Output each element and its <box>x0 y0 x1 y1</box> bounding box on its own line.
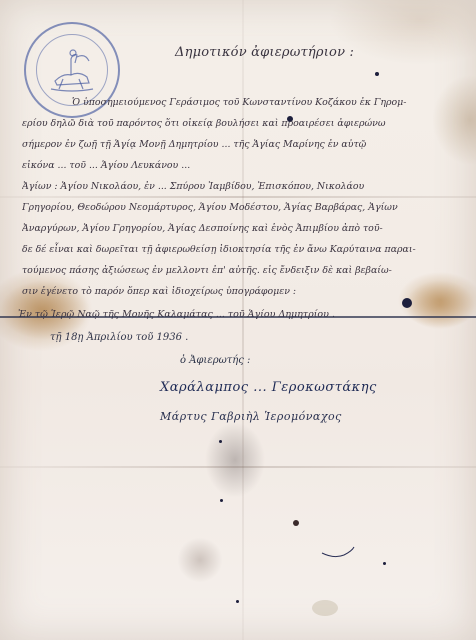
date-line: τῇ 18ῃ Ἀπριλίου τοῦ 1936 . <box>50 332 188 343</box>
body-line: τούμενος πάσης ἀξιώσεως ἐν μελλοντι ἐπ' … <box>22 260 474 281</box>
deed-body: Ὁ ὑποσημειούμενος Γεράσιμος τοῦ Κωνσταντ… <box>22 92 474 302</box>
body-line: Ὁ ὑποσημειούμενος Γεράσιμος τοῦ Κωνσταντ… <box>22 92 474 113</box>
ink-blot <box>375 72 379 76</box>
body-line: δε δέ εἶναι καὶ δωρεῖται τῇ ἀφιερωθείσῃ … <box>22 239 474 260</box>
body-line: εἰκόνα ... τοῦ ... Ἁγίου Λευκάνου ... <box>22 155 474 176</box>
ink-blot <box>236 600 239 603</box>
ink-blot <box>219 440 222 443</box>
body-line: σιν ἐγένετο τὸ παρόν ὅπερ καὶ ἰδιοχείρως… <box>22 281 474 302</box>
ink-blot <box>293 520 299 526</box>
witness-signature: Μάρτυς Γαβριὴλ Ἱερομόναχος <box>160 410 342 423</box>
body-line: Ἀγίων : Ἁγίου Νικολάου, ἐν ... Σπύρου Ἰα… <box>22 176 474 197</box>
ink-blot <box>383 562 386 565</box>
body-line: Ἀναργύρων, Ἁγίου Γρηγορίου, Ἁγίας Δεσποί… <box>22 218 474 239</box>
body-line: Γρηγορίου, Θεοδώρου Νεομάρτυρος, Ἁγίου Μ… <box>22 197 474 218</box>
body-line: σήμερον ἐν ζωῇ τῇ Ἁγίᾳ Μονῇ Δημητρίου ..… <box>22 134 474 155</box>
fold-crease-horizontal <box>0 466 476 468</box>
document-title: Δημοτικόν ἀφιερωτήριον : <box>175 45 354 60</box>
signer-role-label: ὁ Ἀφιερωτής : <box>180 355 250 366</box>
ink-blot <box>220 499 223 502</box>
strike-through-line <box>0 316 476 318</box>
place-line: Ἐν τῷ Ἱερῷ Ναῷ τῆς Μονῆς Καλαμάτας ... τ… <box>18 309 335 320</box>
signer-signature: Χαράλαμπος ... Γεροκωστάκης <box>160 380 377 395</box>
document-page: Δημοτικόν ἀφιερωτήριον : Ὁ ὑποσημειούμεν… <box>0 0 476 640</box>
mounted-saint-icon <box>45 43 99 97</box>
body-line: ερίου δηλῶ διὰ τοῦ παρόντος ὅτι οἰκείᾳ β… <box>22 113 474 134</box>
ink-flourish-mark <box>320 545 360 559</box>
stain-spot <box>312 600 338 616</box>
